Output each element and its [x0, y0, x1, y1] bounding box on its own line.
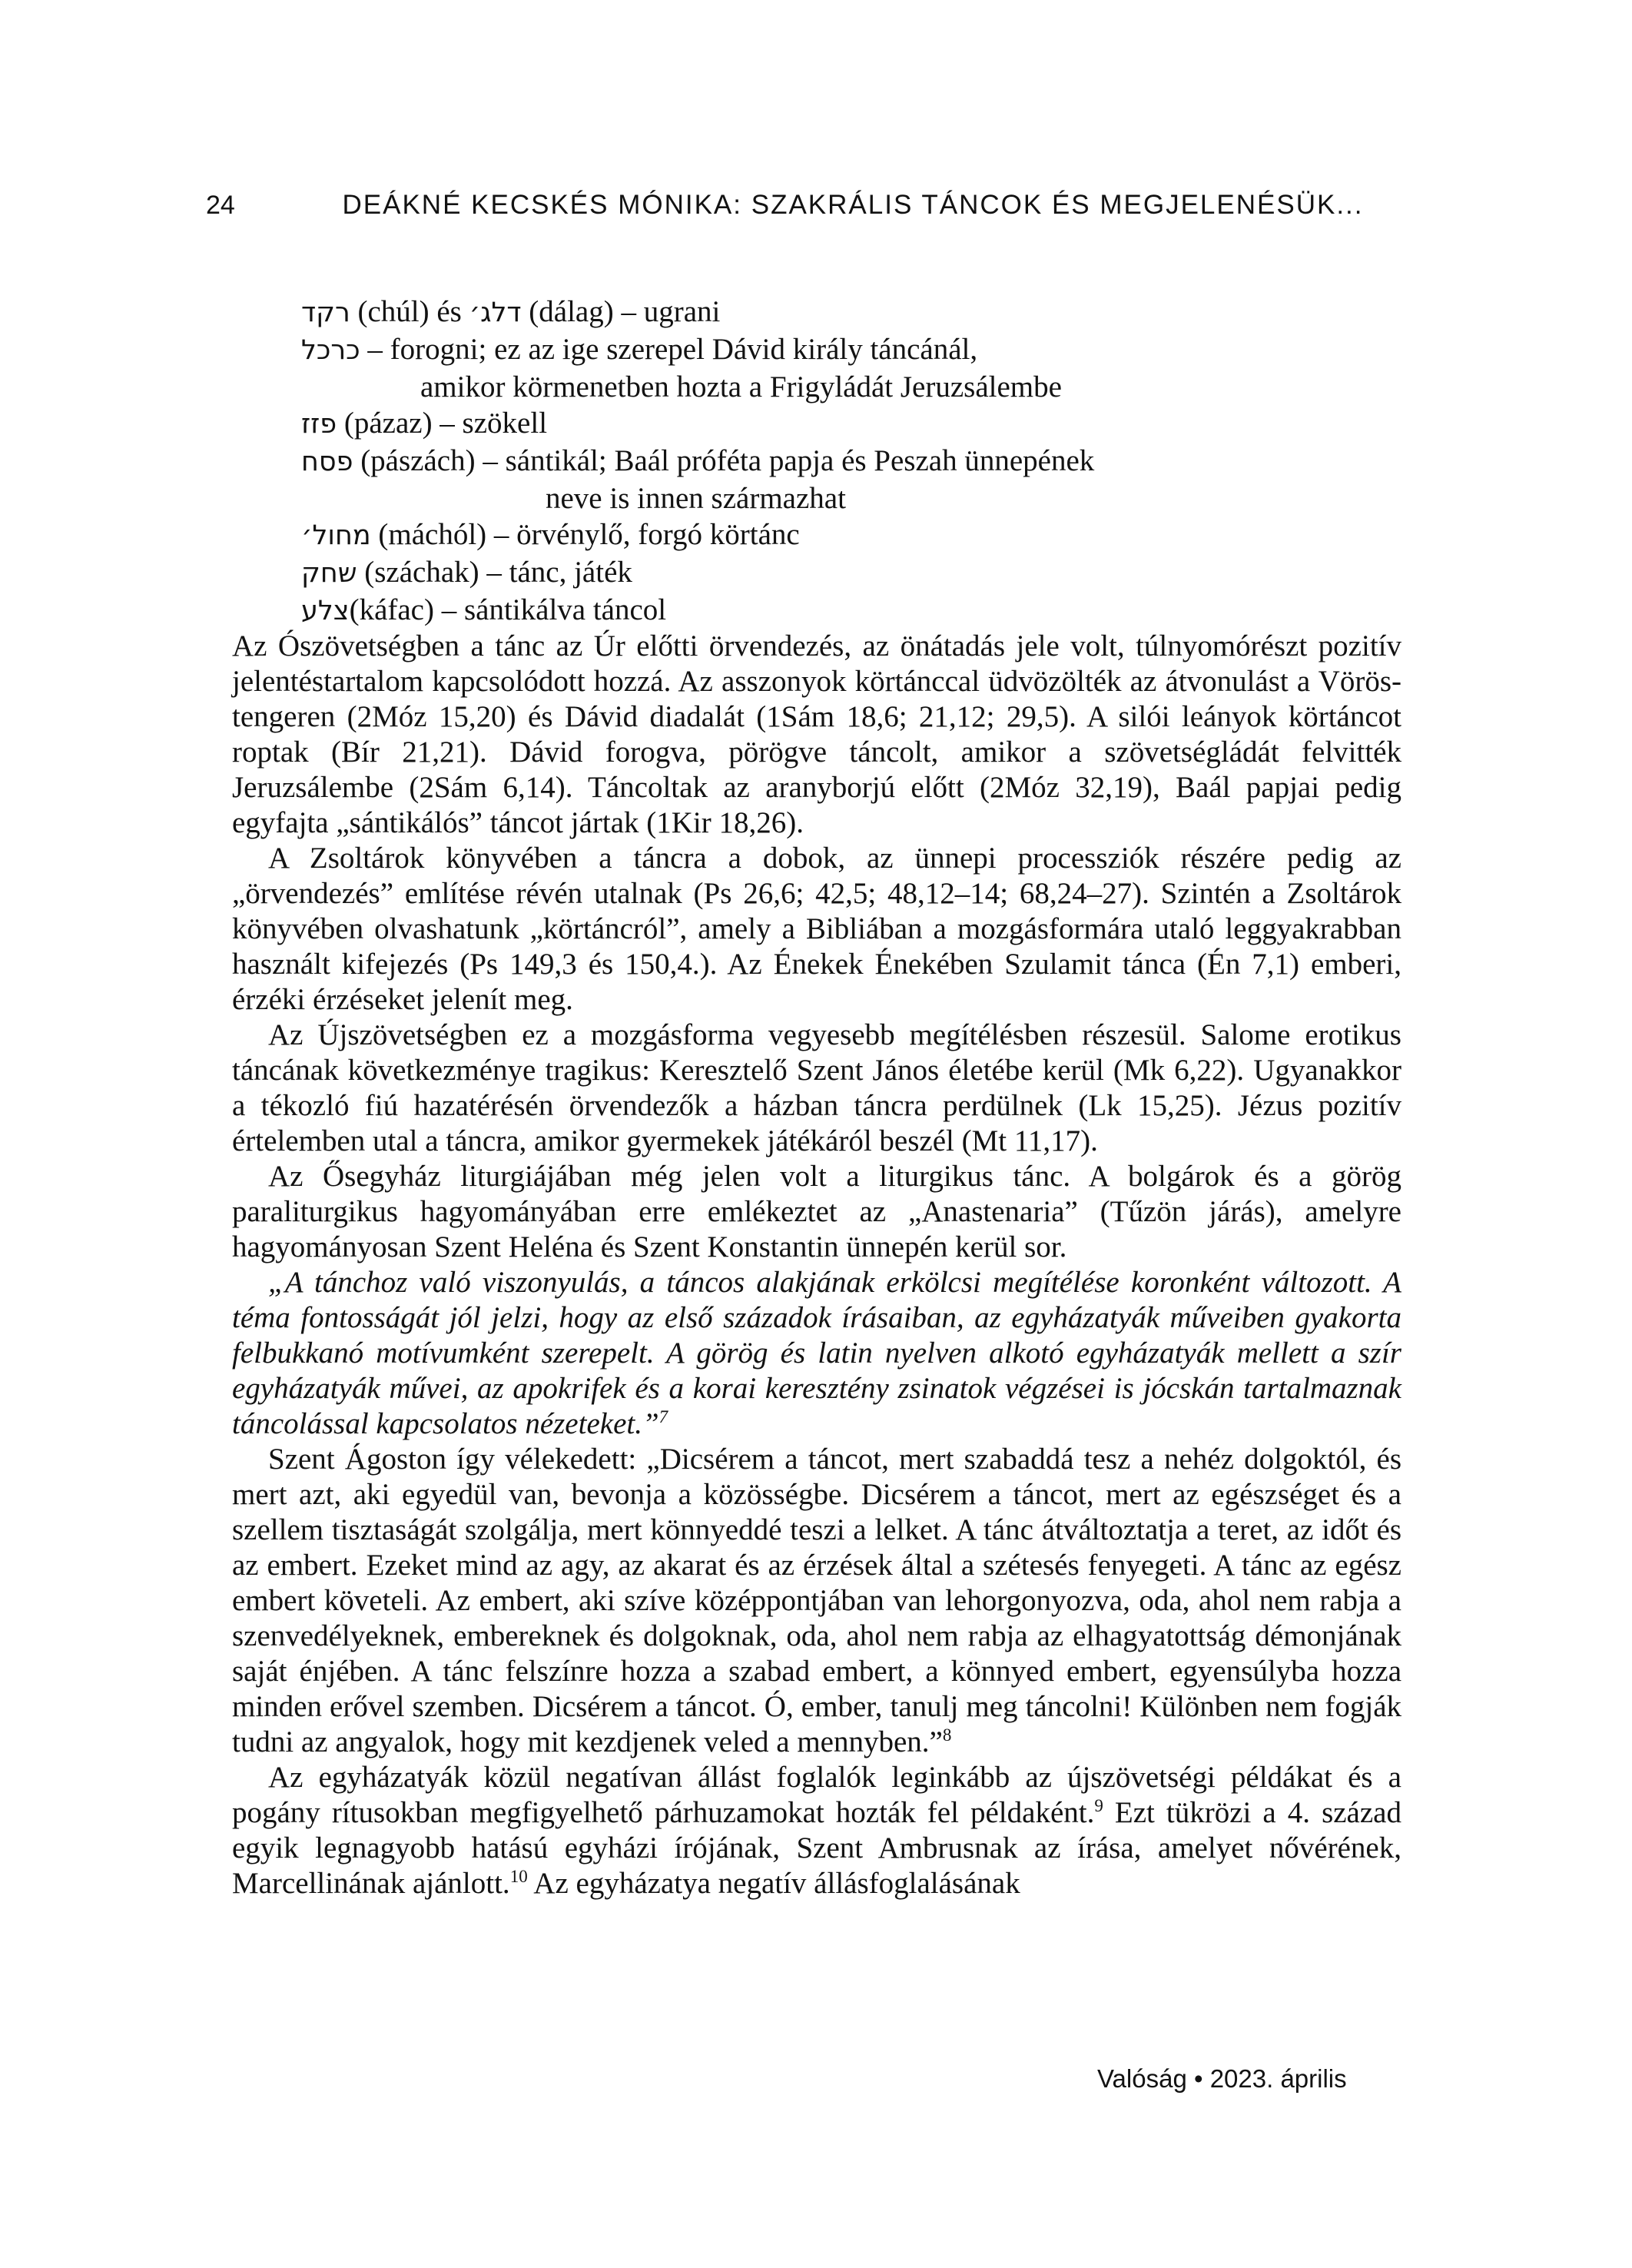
- journal-footer: Valóság • 2023. április: [1097, 2064, 1347, 2094]
- hebrew-term: פזז: [301, 409, 337, 440]
- footnote-ref: 7: [659, 1407, 668, 1426]
- text-run: (pázaz) – szökell: [337, 407, 547, 440]
- paragraph: Az egyházatyák közül negatívan állást fo…: [232, 1760, 1401, 1901]
- glossary-line: כרכל – forogni; ez az ige szerepel Dávid…: [301, 331, 1408, 369]
- footnote-ref: 8: [943, 1725, 952, 1745]
- text-run: (máchól) – örvénylő, forgó körtánc: [371, 518, 800, 551]
- hebrew-term: פסח: [301, 447, 353, 477]
- glossary-line: שחק (száchak) – tánc, játék: [301, 554, 1408, 592]
- glossary-line: פסח (pászách) – sántikál; Baál próféta p…: [301, 443, 1408, 480]
- text-run: „A tánchoz való viszonyulás, a táncos al…: [232, 1266, 1401, 1440]
- text-run: amikor körmenetben hozta a Frigyládát Je…: [420, 370, 1062, 403]
- running-title: DEÁKNÉ KECSKÉS MÓNIKA: SZAKRÁLIS TÁNCOK …: [323, 191, 1383, 220]
- glossary-line: neve is innen származhat: [301, 480, 1408, 516]
- text-run: neve is innen származhat: [546, 482, 846, 515]
- paragraph: Szent Ágoston így vélekedett: „Dicsérem …: [232, 1442, 1401, 1760]
- paragraph: Az Újszövetségben ez a mozgásforma vegye…: [232, 1018, 1401, 1159]
- hebrew-term: כרכל: [301, 335, 360, 366]
- text-run: (száchak) – tánc, játék: [357, 556, 632, 589]
- text-run: (pászách) – sántikál; Baál próféta papja…: [353, 444, 1094, 477]
- glossary-line: רקד (chúl) és דלג׳ (dálag) – ugrani: [301, 294, 1408, 331]
- glossary-line: amikor körmenetben hozta a Frigyládát Je…: [301, 369, 1408, 405]
- page-number: 24: [206, 191, 235, 220]
- footnote-ref: 9: [1094, 1796, 1103, 1815]
- text-run: Az Ősegyház liturgiájában még jelen volt…: [232, 1160, 1401, 1264]
- hebrew-term: צלע: [301, 596, 350, 626]
- hebrew-term: רקד: [301, 297, 350, 328]
- journal-page: 24 DEÁKNÉ KECSKÉS MÓNIKA: SZAKRÁLIS TÁNC…: [0, 0, 1632, 2268]
- text-run: (dálag) – ugrani: [522, 295, 721, 328]
- text-run: – forogni; ez az ige szerepel Dávid kirá…: [360, 333, 977, 366]
- article-body: Az Ószövetségben a tánc az Úr előtti örv…: [232, 629, 1401, 1901]
- glossary-line: צלע(káfac) – sántikálva táncol: [301, 592, 1408, 629]
- text-run: Az Ószövetségben a tánc az Úr előtti örv…: [232, 629, 1401, 839]
- hebrew-term: מחול׳: [301, 520, 371, 551]
- footnote-ref: 10: [510, 1867, 528, 1886]
- glossary-line: פזז (pázaz) – szökell: [301, 405, 1408, 443]
- hebrew-term: דלג׳: [469, 297, 522, 328]
- paragraph: Az Ősegyház liturgiájában még jelen volt…: [232, 1159, 1401, 1265]
- paragraph: A Zsoltárok könyvében a táncra a dobok, …: [232, 841, 1401, 1018]
- text-run: Az egyházatya negatív állásfoglalásának: [528, 1867, 1020, 1900]
- text-run: Az Újszövetségben ez a mozgásforma vegye…: [232, 1018, 1401, 1157]
- text-run: (chúl) és: [350, 295, 469, 328]
- paragraph: „A tánchoz való viszonyulás, a táncos al…: [232, 1265, 1401, 1442]
- hebrew-dance-terms-glossary: רקד (chúl) és דלג׳ (dálag) – ugraniכרכל …: [301, 294, 1408, 629]
- glossary-line: מחול׳ (máchól) – örvénylő, forgó körtánc: [301, 516, 1408, 554]
- paragraph: Az Ószövetségben a tánc az Úr előtti örv…: [232, 629, 1401, 841]
- hebrew-term: שחק: [301, 558, 357, 589]
- text-run: (káfac) – sántikálva táncol: [350, 593, 667, 626]
- text-run: Szent Ágoston így vélekedett: „Dicsérem …: [232, 1443, 1401, 1758]
- text-run: A Zsoltárok könyvében a táncra a dobok, …: [232, 842, 1401, 1016]
